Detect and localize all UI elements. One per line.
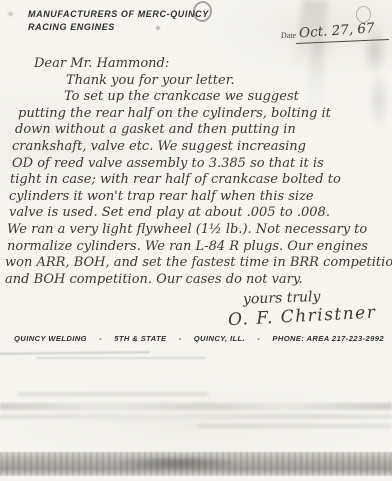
- letter-line: tight in case; with rear half of crankca…: [10, 172, 392, 189]
- footer-city: QUINCY, ILL.: [194, 334, 245, 343]
- scan-noise-band: [18, 392, 208, 396]
- scan-noise-band: [198, 424, 392, 428]
- letter-line: putting the rear half on the cylinders, …: [18, 106, 392, 123]
- footer-company: QUINCY WELDING: [14, 334, 87, 343]
- letter-line: We ran a very light flywheel (1½ lb.). N…: [7, 222, 392, 239]
- letterhead-company-name: MANUFACTURERS OF MERC-QUINCY RACING ENGI…: [28, 8, 209, 34]
- letter-line: down without a gasket and then putting i…: [15, 122, 392, 139]
- letter-line: crankshaft, valve etc. We suggest increa…: [12, 139, 392, 156]
- letter-body: Dear Mr. Hammond: Thank you for your let…: [0, 56, 392, 325]
- scan-speck: [8, 12, 13, 16]
- footer-address: 5TH & STATE: [114, 334, 166, 343]
- date-label: Date: [281, 31, 296, 40]
- footer-separator: -: [257, 334, 260, 343]
- letter-line: Thank you for your letter.: [66, 73, 392, 90]
- scan-streak: [0, 351, 150, 355]
- salutation: Dear Mr. Hammond:: [34, 56, 392, 73]
- letterhead-line-2: RACING ENGINES: [28, 21, 209, 34]
- scan-noise-band: [0, 403, 392, 410]
- letter-line: won ARR, BOH, and set the fastest time i…: [5, 255, 392, 272]
- footer-separator: -: [179, 334, 182, 343]
- scan-noise-band-dark: [0, 452, 392, 476]
- scan-streak: [36, 357, 206, 359]
- footer-phone: PHONE: AREA 217-223-2992: [272, 334, 384, 343]
- scan-noise-band: [0, 414, 392, 419]
- letter-line: valve is used. Set end play at about .00…: [9, 205, 392, 222]
- scan-noise-band-dark: [118, 456, 238, 470]
- scanned-letter-page: MANUFACTURERS OF MERC-QUINCY RACING ENGI…: [0, 0, 392, 481]
- letterhead-line-1: MANUFACTURERS OF MERC-QUINCY: [28, 8, 209, 21]
- letter-line: To set up the crankcase we suggest: [64, 89, 392, 106]
- letter-line: normalize cylinders. We ran L-84 R plugs…: [7, 239, 392, 256]
- letter-line: cylinders it won't trap rear half when t…: [9, 189, 392, 206]
- footer-separator: -: [99, 334, 102, 343]
- letterhead-footer: QUINCY WELDING - 5TH & STATE - QUINCY, I…: [14, 334, 384, 343]
- letter-line: OD of reed valve assembly to 3.385 so th…: [12, 156, 392, 173]
- letter-line: and BOH competition. Our cases do not va…: [5, 272, 392, 289]
